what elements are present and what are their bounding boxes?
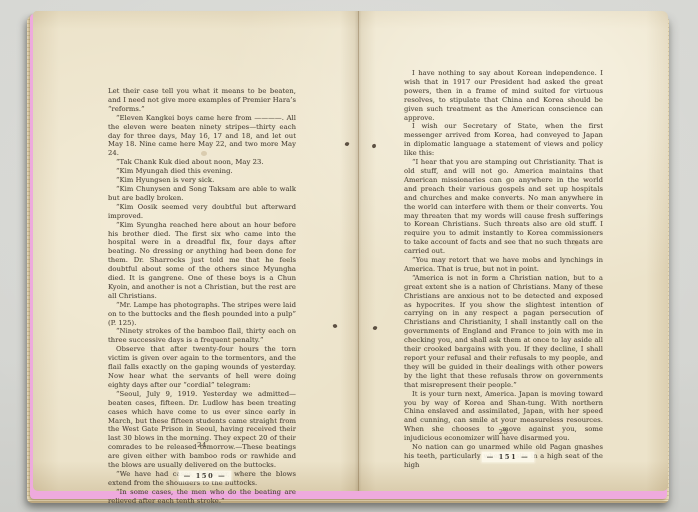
paragraph: “Eleven Kangkei boys came here from ————… <box>108 114 296 159</box>
paragraph: “You may retort that we have mobs and ly… <box>404 256 603 274</box>
paragraph: I wish our Secretary of State, when the … <box>404 122 603 158</box>
paragraph: “Tak Chank Kuk died about noon, May 23. <box>108 158 296 167</box>
paragraph: “Ninety strokes of the bamboo flail, thi… <box>108 327 296 345</box>
paragraph: “I hear that you are stamping out Christ… <box>404 158 603 256</box>
paragraph: “America is not in form a Christian nati… <box>404 274 603 390</box>
paragraph: “Seoul, July 9, 1919. Yesterday we admit… <box>108 390 296 470</box>
paragraph: Let their case tell you what it means to… <box>108 87 296 114</box>
paragraph: I have nothing to say about Korean indep… <box>404 69 603 122</box>
paragraph: “Mr. Lampe has photographs. The stripes … <box>108 301 296 328</box>
right-page-folio: — 151 — <box>482 452 534 462</box>
right-page-inner-number: 25 <box>404 428 603 436</box>
right-page-text: I have nothing to say about Korean indep… <box>404 69 603 470</box>
staple-mark <box>332 323 337 328</box>
book-gutter-crease <box>340 11 376 491</box>
open-book-spread: Let their case tell you what it means to… <box>33 11 668 491</box>
paragraph: “Kim Myungah died this evening. <box>108 167 296 176</box>
paragraph: “Kim Hyungsen is very sick. <box>108 176 296 185</box>
paragraph: “Kim Oosik seemed very doubtful but afte… <box>108 203 296 221</box>
photo-background: Let their case tell you what it means to… <box>0 0 698 512</box>
left-page-inner-number: 24 <box>108 441 296 449</box>
paragraph: Observe that after twenty-four hours the… <box>108 345 296 390</box>
paragraph: “Kim Chunysen and Song Taksam are able t… <box>108 185 296 203</box>
left-page-folio: — 150 — <box>179 471 231 481</box>
paragraph: “Kim Syungha reached here about an hour … <box>108 221 296 301</box>
paragraph: “In some cases, the men who do the beati… <box>108 488 296 506</box>
